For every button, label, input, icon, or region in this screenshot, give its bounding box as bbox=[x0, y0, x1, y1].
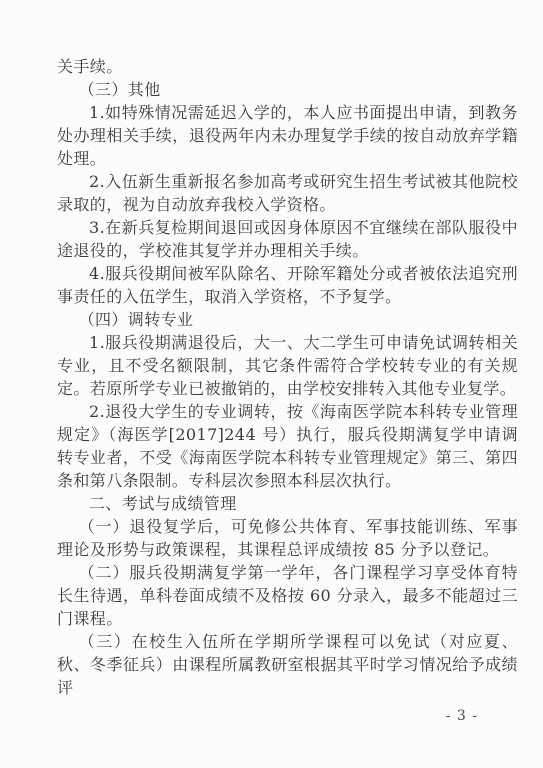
document-page: 关手续。 （三）其他 1.如特殊情况需延迟入学的，本人应书面提出申请，到教务处办… bbox=[0, 0, 543, 768]
paragraph: 1.如特殊情况需延迟入学的，本人应书面提出申请，到教务处办理相关手续，退役两年内… bbox=[57, 101, 518, 170]
document-body: 关手续。 （三）其他 1.如特殊情况需延迟入学的，本人应书面提出申请，到教务处办… bbox=[57, 55, 518, 725]
paragraph: 2.入伍新生重新报名参加高考或研究生招生考试被其他院校录取的，视为自动放弃我校入… bbox=[57, 170, 518, 216]
section-heading-3-other: （三）其他 bbox=[57, 78, 518, 101]
chapter-heading-2-exams-grades: 二、考试与成绩管理 bbox=[57, 492, 518, 515]
section-heading-4-major-transfer: （四）调转专业 bbox=[57, 308, 518, 331]
paragraph: 2.退役大学生的专业调转，按《海南医学院本科转专业管理规定》（海医学[2017]… bbox=[57, 400, 518, 492]
page-number: - 3 - bbox=[57, 707, 518, 725]
paragraph: 3.在新兵复检期间退回或因身体原因不宜继续在部队服役中途退役的，学校准其复学并办… bbox=[57, 216, 518, 262]
paragraph: （二）服兵役期满复学第一学年，各门课程学习享受体育特长生待遇，单科卷面成绩不及格… bbox=[57, 561, 518, 630]
paragraph-continuation: 关手续。 bbox=[57, 55, 518, 78]
paragraph: （一）退役复学后，可免修公共体育、军事技能训练、军事理论及形势与政策课程，其课程… bbox=[57, 515, 518, 561]
paragraph: 4.服兵役期间被军队除名、开除军籍处分或者被依法追究刑事责任的入伍学生，取消入学… bbox=[57, 262, 518, 308]
paragraph: （三）在校生入伍所在学期所学课程可以免试（对应夏、秋、冬季征兵）由课程所属教研室… bbox=[57, 630, 518, 699]
paragraph: 1.服兵役期满退役后，大一、大二学生可申请免试调转相关专业，且不受名额限制，其它… bbox=[57, 331, 518, 400]
